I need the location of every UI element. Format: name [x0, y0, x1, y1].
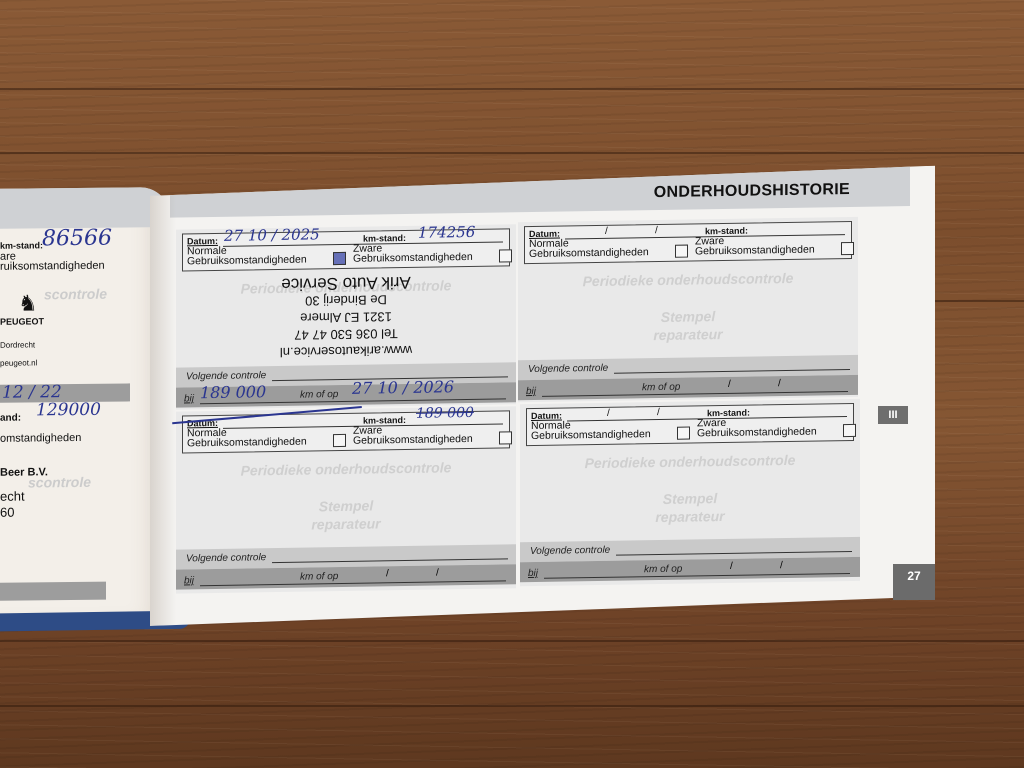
left-page-header [0, 187, 170, 229]
zware-label: ZwareGebruiksomstandigheden [695, 235, 815, 257]
gebruiks-partial: ruiksomstandigheden [0, 260, 105, 273]
bij-row: bij km of op // [520, 557, 860, 582]
bij-row: bij km of op // [518, 375, 858, 400]
gebruiks-partial-2: omstandigheden [0, 432, 81, 445]
zware-checkbox[interactable] [843, 424, 856, 437]
zware-checkbox[interactable] [841, 242, 854, 255]
normale-checkbox[interactable] [677, 427, 690, 440]
normale-label: NormaleGebruiksomstandigheden [187, 427, 307, 449]
right-page: ONDERHOUDSHISTORIE Datum: km-stand: Norm… [150, 166, 935, 626]
handwritten-datum: 27 10 / 2025 [224, 225, 320, 245]
normale-label: NormaleGebruiksomstandigheden [531, 419, 651, 441]
city-partial: Dordrecht [0, 340, 35, 349]
watermark-partial: scontrole [44, 286, 107, 303]
section-tab: III [878, 406, 908, 424]
phone-partial: 60 [0, 505, 14, 520]
normale-label: NormaleGebruiksomstandigheden [529, 237, 649, 259]
watermark-periodieke: Periodieke onderhoudscontrole [176, 458, 516, 479]
watermark-stempel: Stempelreparateur [518, 305, 858, 346]
watermark-partial-2: scontrole [28, 474, 91, 491]
maintenance-entry: Datum: / / km-stand: NormaleGebruiksomst… [520, 399, 860, 586]
page-number: 27 [893, 564, 935, 600]
page-header: ONDERHOUDSHISTORIE [170, 166, 910, 218]
zware-checkbox[interactable] [499, 249, 512, 262]
maintenance-entry: Datum: / / km-stand: NormaleGebruiksomst… [518, 217, 858, 402]
normale-checkbox[interactable] [675, 245, 688, 258]
watermark-stempel: Stempelreparateur [176, 494, 516, 535]
handwritten-bij: 189 000 [200, 382, 266, 402]
handwritten-km-2: 129000 [36, 400, 101, 421]
city-partial-2: echt [0, 489, 25, 504]
page-title: ONDERHOUDSHISTORIE [654, 181, 850, 202]
normale-checkbox[interactable] [333, 434, 346, 447]
handwritten-km-stand-crossed: 189 000 [416, 405, 474, 422]
bij-row: bij km of op // [176, 564, 516, 589]
bij-bar-2 [0, 582, 106, 601]
entry-header: Datum: / / km-stand: NormaleGebruiksomst… [526, 403, 854, 446]
maintenance-entry: Datum: km-stand: NormaleGebruiksomstandi… [176, 406, 516, 593]
dealer-stamp: www.arikautoservice.nl Tel 036 530 47 47… [176, 272, 516, 362]
normale-label: NormaleGebruiksomstandigheden [187, 245, 307, 267]
normale-checkbox[interactable] [333, 252, 346, 265]
entry-header: Datum: / / km-stand: NormaleGebruiksomst… [524, 221, 852, 264]
handwritten-km-of-op: 27 10 / 2026 [352, 377, 454, 398]
web-partial: peugeot.nl [0, 358, 37, 367]
spine-shadow [150, 178, 176, 626]
brand: PEUGEOT [0, 316, 44, 326]
zware-label: ZwareGebruiksomstandigheden [353, 242, 473, 264]
watermark-periodieke: Periodieke onderhoudscontrole [518, 269, 858, 290]
km-stand-label: km-stand: [0, 240, 43, 250]
left-page: km-stand: 86566 are ruiksomstandigheden … [0, 187, 170, 629]
zware-checkbox[interactable] [499, 431, 512, 444]
peugeot-lion-icon: ♞ [18, 290, 38, 316]
zware-label: ZwareGebruiksomstandigheden [353, 424, 473, 446]
watermark-periodieke: Periodieke onderhoudscontrole [520, 451, 860, 472]
handwritten-km-1: 86566 [42, 226, 112, 252]
km-stand-label-2: and: [0, 413, 21, 424]
maintenance-entry: Datum: km-stand: NormaleGebruiksomstandi… [176, 224, 516, 409]
handwritten-km-stand: 174256 [418, 223, 475, 242]
watermark-stempel: Stempelreparateur [520, 487, 860, 528]
zware-label: ZwareGebruiksomstandigheden [697, 417, 817, 439]
